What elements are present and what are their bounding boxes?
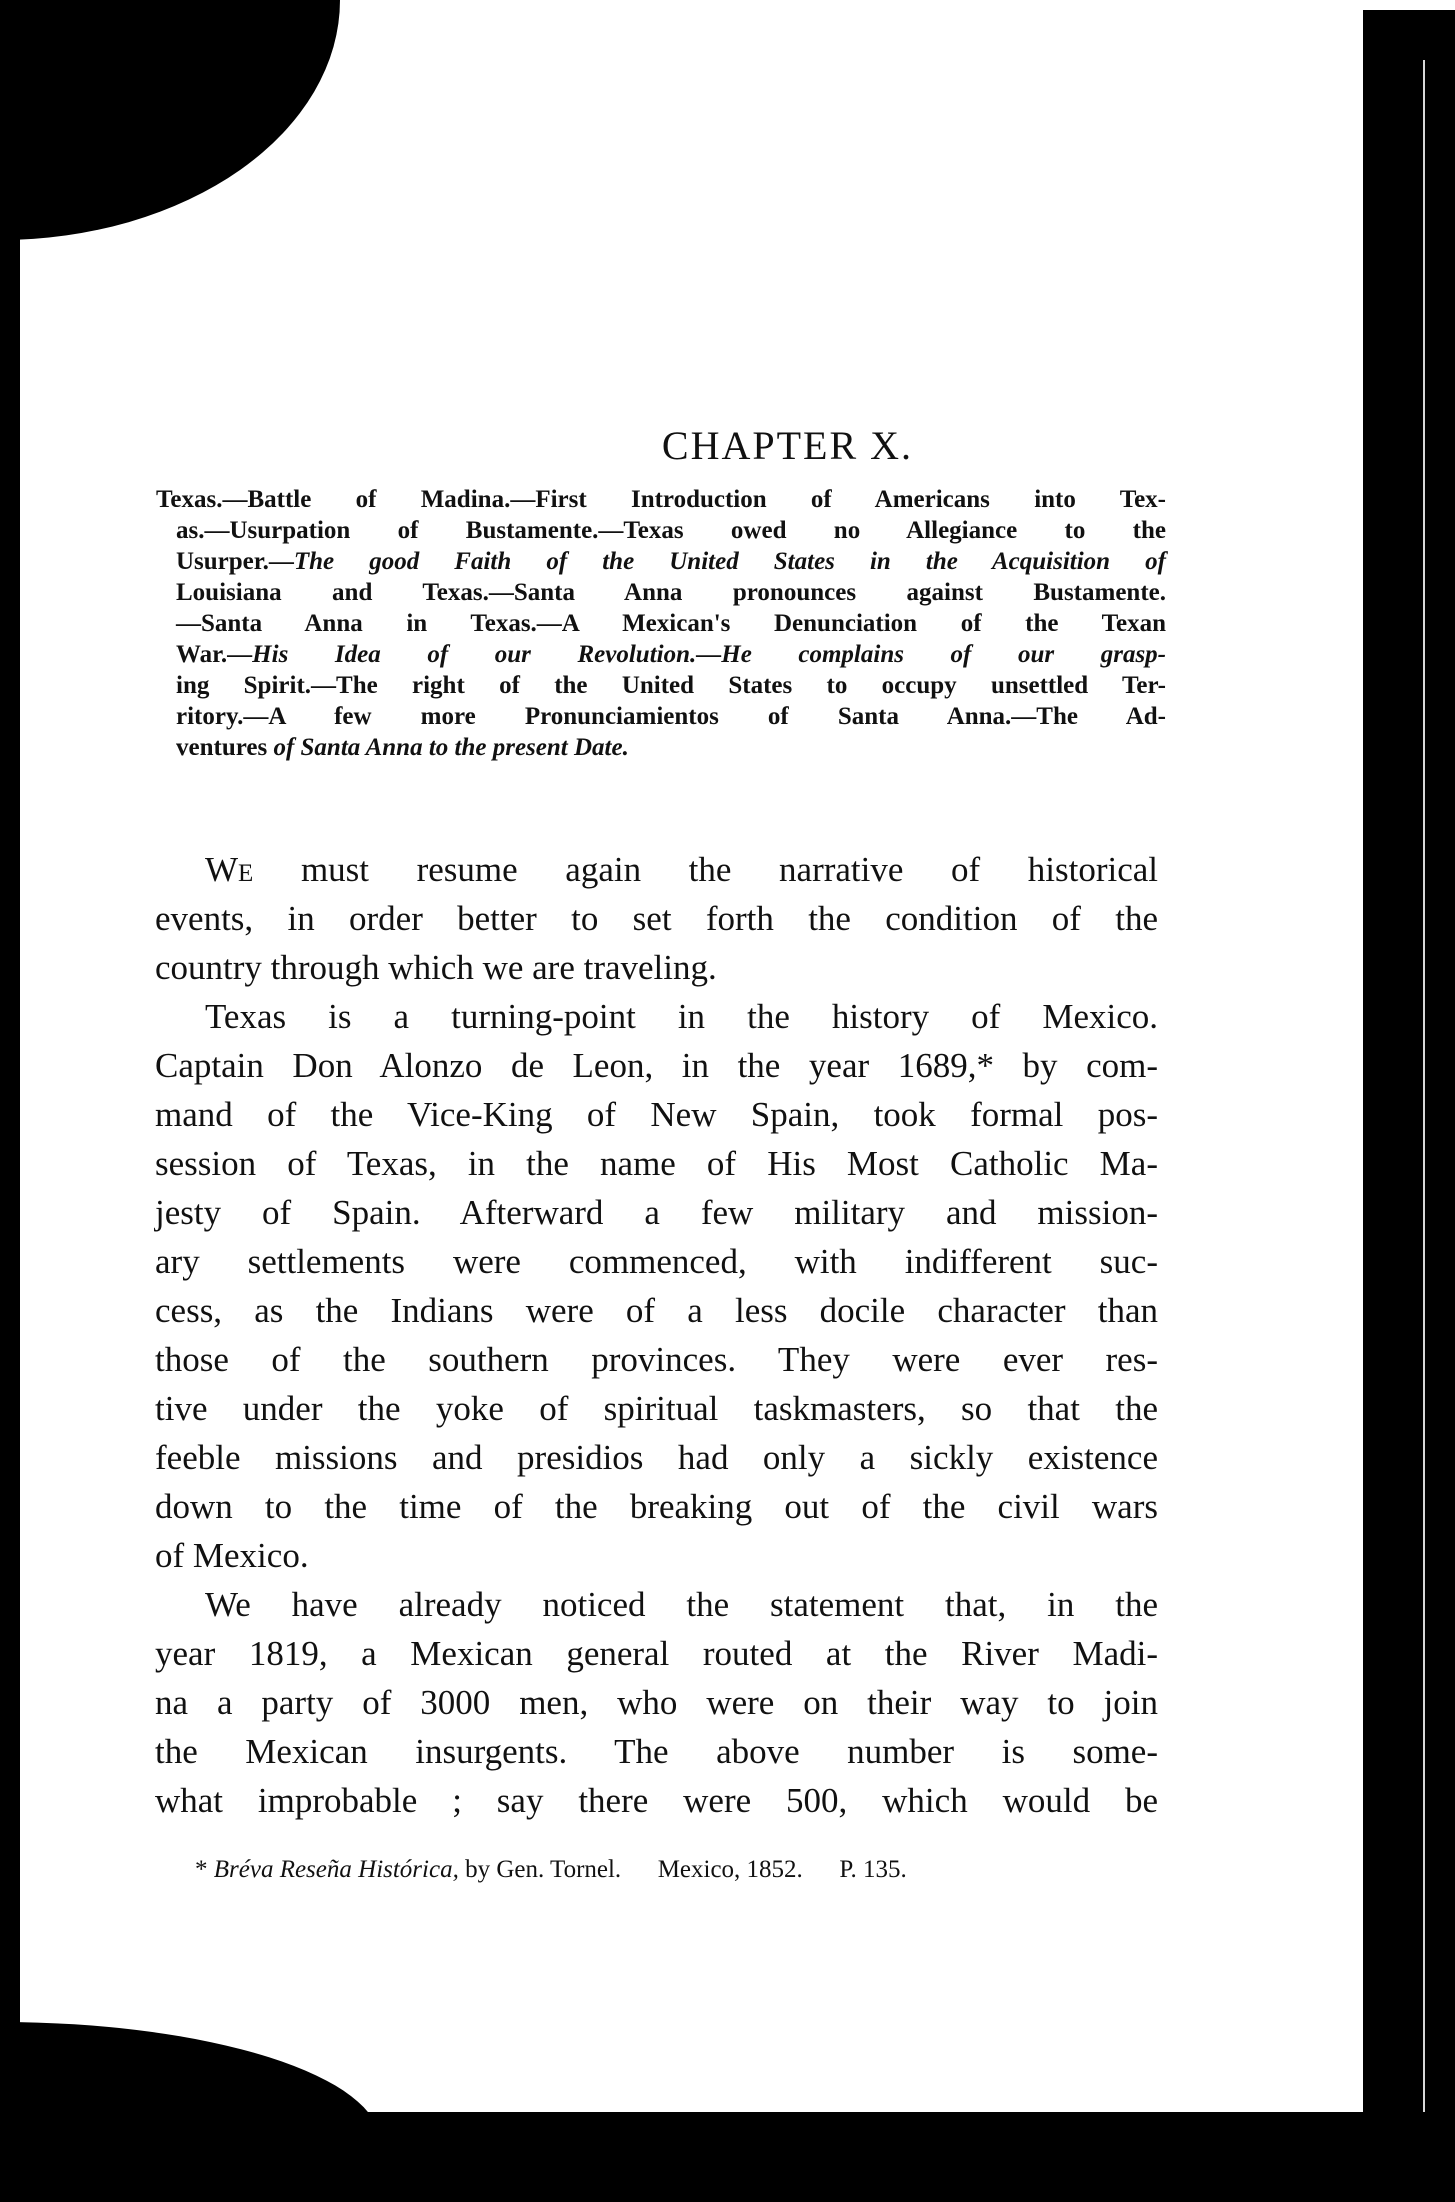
summary-line: ritory.—A few more Pronunciamientos of S… <box>156 701 1166 732</box>
summary-text: Texas.—Battle of Madina.—First Introduct… <box>156 486 1166 513</box>
paragraph-line: mand of the Vice-King of New Spain, took… <box>155 1090 1158 1139</box>
summary-text: Usurper.— <box>176 548 294 575</box>
scan-gutter-line <box>1423 60 1425 2140</box>
paragraph-line: na a party of 3000 men, who were on thei… <box>155 1678 1158 1727</box>
footnote-author: by Gen. Tornel. <box>465 1856 621 1883</box>
scan-border-right <box>1375 10 1455 2202</box>
paragraph-line: events, in order better to set forth the… <box>155 894 1158 943</box>
line-text: must resume again the narrative of histo… <box>301 850 1158 889</box>
footnote-place-year: Mexico, 1852. <box>658 1856 803 1883</box>
paragraph-line: those of the southern provinces. They we… <box>155 1335 1158 1384</box>
summary-line: Texas.—Battle of Madina.—First Introduct… <box>156 484 1166 515</box>
paragraph-line: feeble missions and presidios had only a… <box>155 1433 1158 1482</box>
footnote: * Bréva Reseña Histórica, by Gen. Tornel… <box>195 1855 1155 1885</box>
summary-italic-text: The good Faith of the United States in t… <box>294 548 1166 575</box>
chapter-summary: Texas.—Battle of Madina.—First Introduct… <box>156 484 1166 763</box>
dropcap: W <box>205 850 238 889</box>
summary-text: as.—Usurpation of Bustamente.—Texas owed… <box>176 517 1166 544</box>
paragraph-line: We must resume again the narrative of hi… <box>155 845 1158 894</box>
paragraph-line: country through which we are traveling. <box>155 943 1158 992</box>
summary-line: ventures of Santa Anna to the present Da… <box>156 732 1166 763</box>
summary-line: ing Spirit.—The right of the United Stat… <box>156 670 1166 701</box>
paragraph-line: year 1819, a Mexican general routed at t… <box>155 1629 1158 1678</box>
footnote-title: Bréva Reseña Histórica, <box>214 1856 459 1883</box>
body-text: We must resume again the narrative of hi… <box>155 845 1158 1825</box>
paragraph-line: what improbable ; say there were 500, wh… <box>155 1776 1158 1825</box>
paragraph-line: tive under the yoke of spiritual taskmas… <box>155 1384 1158 1433</box>
summary-line: —Santa Anna in Texas.—A Mexican's Denunc… <box>156 608 1166 639</box>
summary-text: Louisiana and Texas.—Santa Anna pronounc… <box>176 579 1166 606</box>
footnote-page: P. 135. <box>839 1856 906 1883</box>
summary-line: Usurper.—The good Faith of the United St… <box>156 546 1166 577</box>
summary-text: —Santa Anna in Texas.—A Mexican's Denunc… <box>176 610 1166 637</box>
paragraph-line: down to the time of the breaking out of … <box>155 1482 1158 1531</box>
paragraph-line: the Mexican insurgents. The above number… <box>155 1727 1158 1776</box>
paragraph-line: Captain Don Alonzo de Leon, in the year … <box>155 1041 1158 1090</box>
paragraph-line: of Mexico. <box>155 1531 1158 1580</box>
paragraph-line: jesty of Spain. Afterward a few military… <box>155 1188 1158 1237</box>
footnote-marker: * <box>195 1856 208 1883</box>
paragraph-line: cess, as the Indians were of a less doci… <box>155 1286 1158 1335</box>
summary-text: ing Spirit.—The right of the United Stat… <box>176 672 1166 699</box>
smallcaps-text: e <box>238 850 253 889</box>
summary-line: Louisiana and Texas.—Santa Anna pronounc… <box>156 577 1166 608</box>
summary-line: War.—His Idea of our Revolution.—He comp… <box>156 639 1166 670</box>
chapter-title: CHAPTER X. <box>0 422 1455 469</box>
paragraph-line: session of Texas, in the name of His Mos… <box>155 1139 1158 1188</box>
paragraph-line: Texas is a turning-point in the history … <box>155 992 1158 1041</box>
scan-border-left <box>0 0 20 2202</box>
summary-text: ventures <box>176 734 273 761</box>
paragraph-line: We have already noticed the statement th… <box>155 1580 1158 1629</box>
summary-text: War.— <box>176 641 252 668</box>
summary-text: ritory.—A few more Pronunciamientos of S… <box>176 703 1166 730</box>
paragraph-line: ary settlements were commenced, with ind… <box>155 1237 1158 1286</box>
summary-italic-text: of Santa Anna to the present Date. <box>273 734 628 761</box>
summary-line: as.—Usurpation of Bustamente.—Texas owed… <box>156 515 1166 546</box>
scan-page-edge-right <box>1363 10 1377 2190</box>
summary-italic-text: His Idea of our Revolution.—He complains… <box>252 641 1166 668</box>
